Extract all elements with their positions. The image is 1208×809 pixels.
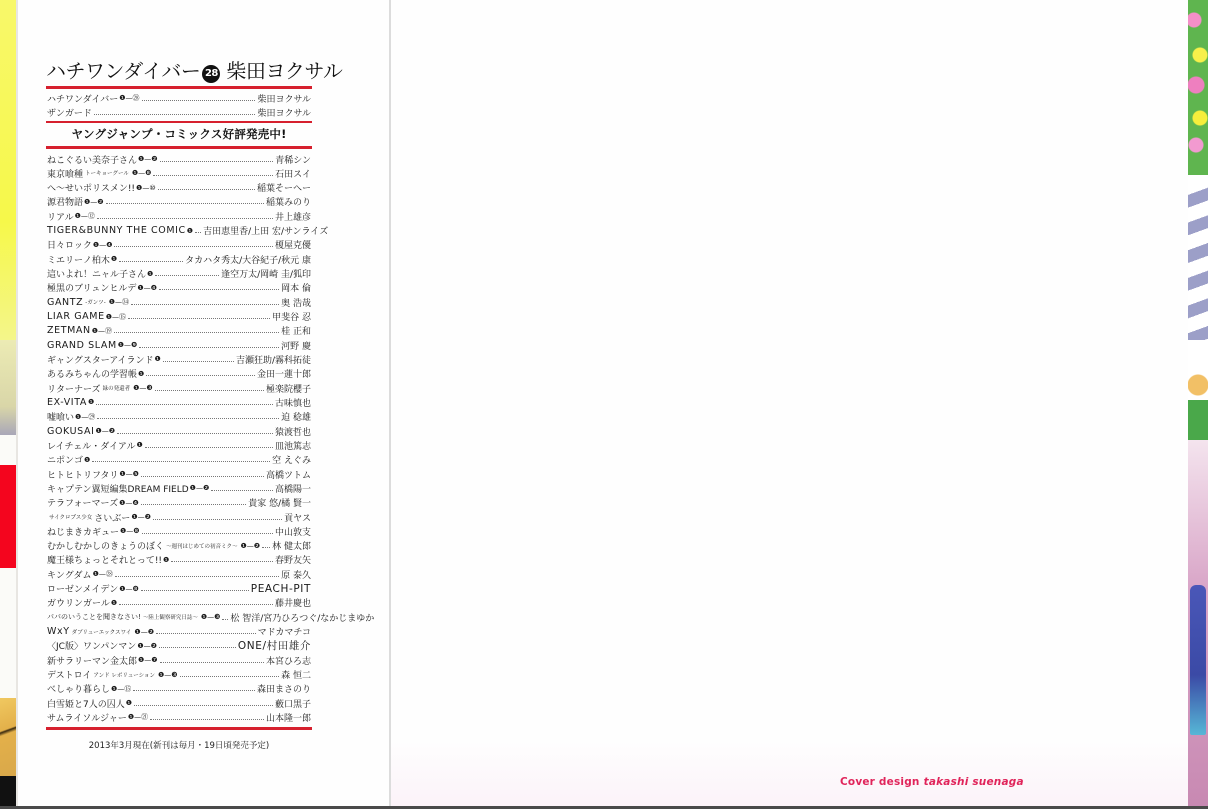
yellow-art-band <box>0 0 16 370</box>
leader-dots <box>141 504 247 505</box>
leader-dots <box>128 318 270 319</box>
work-author: 極楽院櫻子 <box>266 382 311 395</box>
volume-range: ❶—❽ <box>119 585 139 593</box>
volume-range: ❶ <box>88 398 94 406</box>
work-title: ねこぐるい美奈子さん <box>47 153 137 166</box>
credit-label: Cover design <box>840 776 920 788</box>
catalog-row: リアル❶—⑫井上雄彦 <box>47 209 311 223</box>
catalog-row: ミエリーノ柏木❶タカハタ秀太/大谷紀子/秋元 康 <box>47 252 311 266</box>
leader-dots <box>97 418 279 419</box>
work-author: 桂 正和 <box>281 324 311 337</box>
leader-dots <box>159 647 236 648</box>
leader-dots <box>139 347 279 348</box>
catalog-row: べしゃり暮らし❶—⑮森田まさのり <box>47 682 311 696</box>
same-author-row: ハチワンダイバー ❶—㉘ 柴田ヨクサル <box>47 91 311 105</box>
catalog-row: ローゼンメイデン❶—❽PEACH-PIT <box>47 582 311 596</box>
catalog-row: 嘘喰い❶—㉙迫 稔雄 <box>47 410 311 424</box>
volume-range: ❶—❷ <box>137 642 157 650</box>
leader-dots <box>153 519 282 520</box>
work-author: 甲斐谷 忍 <box>272 310 311 323</box>
dark-art-band <box>0 776 16 809</box>
catalog-row: キャプテン翼短編集DREAM FIELD❶—❷高橋陽一 <box>47 481 311 495</box>
leader-dots <box>262 547 270 548</box>
red-art-band <box>0 465 16 568</box>
catalog-row: ねじまきカギュー❶—❽中山敦支 <box>47 524 311 538</box>
leader-dots <box>158 189 255 190</box>
leader-dots <box>142 533 273 534</box>
work-author: 林 健太郎 <box>272 539 311 552</box>
work-author: 井上雄彦 <box>275 210 311 223</box>
leader-dots <box>195 232 201 233</box>
volume-range: ❶—❷ <box>84 198 104 206</box>
catalog-row: へ～せいポリスメン!!❶—⑩稲葉そーへー <box>47 181 311 195</box>
work-author: 貴家 悠/橘 賢一 <box>248 496 311 509</box>
volume-range: ❶—❹ <box>119 499 139 507</box>
work-author: 山本隆一郎 <box>266 711 311 724</box>
edge-gap <box>0 435 16 465</box>
work-author: 吉瀬狂助/霧科拓徒 <box>236 353 311 366</box>
volume-range: ❶ <box>111 255 117 263</box>
catalog-row: GRAND SLAM❶—❾河野 慶 <box>47 338 311 352</box>
title-author: 柴田ヨクサル <box>226 59 342 83</box>
work-title: キャプテン翼短編集DREAM FIELD <box>47 482 189 495</box>
work-title: WxY <box>47 626 70 637</box>
work-title: むかしむかしのきょうのぼく <box>47 539 164 552</box>
work-author: 岡本 倫 <box>281 281 311 294</box>
leader-dots <box>142 100 256 101</box>
work-author: 森 恒二 <box>281 668 311 681</box>
leader-dots <box>131 304 279 305</box>
catalog-row: 白雪姫と7人の囚人❶藪口黒子 <box>47 696 311 710</box>
leader-dots <box>153 175 273 176</box>
volume-range: ❶—⑮ <box>111 684 131 694</box>
volume-range: ❶—❷ <box>190 484 210 492</box>
work-title: GOKUSAI <box>47 426 94 437</box>
volume-range: ❶—㉙ <box>75 412 95 422</box>
work-title: へ～せいポリスメン!! <box>47 181 135 194</box>
work-title: 東京喰種 <box>47 167 83 180</box>
work-title: 極黒のブリュンヒルデ <box>47 281 136 294</box>
rose-illustration <box>1188 365 1208 405</box>
work-author: 奥 浩哉 <box>281 296 311 309</box>
cover-design-credit: Cover designtakashi suenaga <box>840 776 1024 788</box>
work-title: ローゼンメイデン <box>47 582 118 595</box>
work-title: 這いよれ！ニャル子さん <box>47 267 146 280</box>
leader-dots <box>97 218 273 219</box>
volume-range: ❶—❽ <box>120 527 140 535</box>
leader-dots <box>211 490 273 491</box>
work-author: 高橋陽一 <box>275 482 311 495</box>
catalog-row: 日々ロック❶—❹榎屋克優 <box>47 238 311 252</box>
work-title: さいぶー <box>94 511 130 524</box>
leader-dots <box>155 275 219 276</box>
volume-range: ❶—❷ <box>134 628 154 636</box>
leader-dots <box>156 633 256 634</box>
credit-name: takashi suenaga <box>924 776 1024 788</box>
leader-dots <box>160 662 264 663</box>
leader-dots <box>222 619 228 620</box>
leader-dots <box>141 476 264 477</box>
work-title: GANTZ <box>47 297 83 308</box>
leader-dots <box>145 447 273 448</box>
title-subtitle: 緑の発還者 <box>103 384 131 392</box>
title-subtitle: 〜週刊はじめての初音ミク〜 <box>166 542 238 550</box>
volume-range: ❶—❸ <box>133 384 153 392</box>
work-author: 松 智洋/宮乃ひろつぐ/なかじまゆか <box>230 611 374 624</box>
right-cover-edge-art <box>1188 0 1208 806</box>
catalog-row: デストロイアンド レボリューション❶—❸森 恒二 <box>47 668 311 682</box>
catalog-row: ガウリンガール❶藤井慶也 <box>47 596 311 610</box>
work-title: ギャングスターアイランド <box>47 353 153 366</box>
green-art-band <box>1188 400 1208 440</box>
leader-dots <box>119 604 273 605</box>
catalog-row: 魔王様ちょっとそれとって!!❶春野友矢 <box>47 553 311 567</box>
work-author: 榎屋克優 <box>275 238 311 251</box>
volume-range: ❶—❸ <box>201 613 221 621</box>
work-author: 稲葉みのり <box>266 195 311 208</box>
catalog-row: ヒトヒトリフタリ❶—❺高橋ツトム <box>47 467 311 481</box>
work-title: ガウリンガール <box>47 596 110 609</box>
volume-range: ❶—⑫ <box>75 211 95 221</box>
catalog-row: 這いよれ！ニャル子さん❶逢空万太/岡崎 圭/狐印 <box>47 267 311 281</box>
work-author: 原 泰久 <box>281 568 311 581</box>
work-author: 中山敦支 <box>275 525 311 538</box>
volume-range: ❶—❹ <box>93 241 113 249</box>
work-author: ONE/村田雄介 <box>238 638 311 653</box>
leader-dots <box>114 332 279 333</box>
work-author: 吉田恵里香/上田 宏/サンライズ <box>203 224 328 237</box>
leader-dots <box>106 203 264 204</box>
leader-dots <box>163 361 234 362</box>
work-title: 新サラリーマン金太郎 <box>47 654 137 667</box>
section-rule <box>46 146 312 149</box>
volume-range: ❶—⑩ <box>136 184 156 192</box>
title-text: ハチワンダイバー <box>46 59 200 83</box>
work-author: 春野友矢 <box>275 553 311 566</box>
work-title: 白雪姫と7人の囚人 <box>47 697 125 710</box>
work-author: 石田スイ <box>275 167 311 180</box>
work-title: ハチワンダイバー <box>47 92 118 105</box>
catalog-row: リターナーズ緑の発還者❶—❸極楽院櫻子 <box>47 381 311 395</box>
work-title: LIAR GAME <box>47 311 105 322</box>
leader-dots <box>96 404 273 405</box>
volume-range: ❶—❺ <box>119 470 139 478</box>
work-author: タカハタ秀太/大谷紀子/秋元 康 <box>185 253 311 266</box>
catalog-row: レイチェル・ダイアル❶皿池篤志 <box>47 438 311 452</box>
leader-dots <box>114 246 273 247</box>
leader-dots <box>133 690 255 691</box>
title-subtitle: トーキョーグール <box>85 169 129 177</box>
catalog-row: TIGER&BUNNY THE COMIC❶吉田恵里香/上田 宏/サンライズ <box>47 224 311 238</box>
volume-range: ❶—❾ <box>118 341 138 349</box>
work-title: サムライソルジャー <box>47 711 127 724</box>
work-author: 青稀シン <box>275 153 311 166</box>
volume-range: ❶ <box>147 270 153 278</box>
work-title: パパのいうことを聞きなさい! <box>47 612 141 622</box>
work-title: あるみちゃんの学習帳 <box>47 367 137 380</box>
leader-dots <box>115 576 279 577</box>
page-tint <box>391 740 1188 806</box>
work-title: 〈JC版〉ワンパンマン <box>47 639 136 652</box>
title-prefix: サイクロプス少女 <box>49 513 92 521</box>
same-author-row: ザンガード 柴田ヨクサル <box>47 105 311 119</box>
work-title: ZETMAN <box>47 325 91 336</box>
catalog-footnote: 2013年3月現在(新刊は毎月・19日頃発売予定) <box>46 739 312 751</box>
work-title: デストロイ <box>47 668 91 681</box>
work-title: ミエリーノ柏木 <box>47 253 110 266</box>
work-author: マドカマチコ <box>258 625 311 638</box>
volume-badge: 28 <box>202 65 220 83</box>
work-author: 高橋ツトム <box>266 468 311 481</box>
catalog-row: 新サラリーマン金太郎❶—❼本宮ひろ志 <box>47 653 311 667</box>
catalog-row: GOKUSAI❶—❷猿渡哲也 <box>47 424 311 438</box>
leader-dots <box>171 561 273 562</box>
catalog-row: 極黒のブリュンヒルデ❶—❹岡本 倫 <box>47 281 311 295</box>
volume-range: ❶—❼ <box>138 656 158 664</box>
catalog-row: ニポンゴ❶空 えぐみ <box>47 453 311 467</box>
volume-range: ❶ <box>154 355 160 363</box>
catalog-row: パパのいうことを聞きなさい!〜陸上観察研究日誌〜❶—❸松 智洋/宮乃ひろつぐ/な… <box>47 610 311 624</box>
work-author: 迫 稔雄 <box>281 410 311 423</box>
blue-brush-art <box>1188 180 1208 340</box>
work-title: ニポンゴ <box>47 453 83 466</box>
catalog-row: EX-VITA❶古味慎也 <box>47 395 311 409</box>
leader-dots <box>180 676 280 677</box>
leader-dots <box>119 261 183 262</box>
work-author: 猿渡哲也 <box>275 425 311 438</box>
work-title: ヒトヒトリフタリ <box>47 468 118 481</box>
work-title: テラフォーマーズ <box>47 496 118 509</box>
work-author: 藤井慶也 <box>275 596 311 609</box>
blank-right-page <box>391 0 1188 806</box>
title-subtitle: ダブリューエックスワイ <box>72 628 132 636</box>
volume-range: ❶ <box>126 699 132 707</box>
left-cover-edge-art <box>0 0 16 809</box>
series-heading: ヤングジャンプ・コミックス好評発売中! <box>46 126 312 142</box>
work-title: 源君物語 <box>47 195 83 208</box>
work-title: ねじまきカギュー <box>47 525 119 538</box>
volume-range: ❶ <box>138 370 144 378</box>
work-author: 本宮ひろ志 <box>266 654 311 667</box>
volume-range: ❶ <box>84 456 90 464</box>
work-author: 皿池篤志 <box>275 439 311 452</box>
volume-range: ❶—❷ <box>241 542 261 550</box>
title-subtitle: -ガンツ- <box>85 298 105 306</box>
catalog-row: 源君物語❶—❷稲葉みのり <box>47 195 311 209</box>
title-rule <box>46 86 312 89</box>
work-title: 日々ロック <box>47 238 92 251</box>
volume-range: ❶—❷ <box>95 427 115 435</box>
volume-range: ❶—❷ <box>138 155 158 163</box>
volume-range: ❶—❷ <box>131 513 151 521</box>
volume-range: ❶ <box>136 441 142 449</box>
catalog-row: WxYダブリューエックスワイ❶—❷マドカマチコ <box>47 625 311 639</box>
work-title: ザンガード <box>47 106 92 119</box>
work-title: べしゃり暮らし <box>47 682 110 695</box>
leader-dots <box>134 705 273 706</box>
catalog-row: あるみちゃんの学習帳❶金田一蓮十郎 <box>47 367 311 381</box>
work-author: 空 えぐみ <box>272 453 311 466</box>
leader-dots <box>146 375 255 376</box>
work-title: キングダム <box>47 568 92 581</box>
catalog-end-rule <box>46 727 312 730</box>
leader-dots <box>155 390 264 391</box>
leader-dots <box>92 461 270 462</box>
catalog-row: テラフォーマーズ❶—❹貴家 悠/橘 賢一 <box>47 496 311 510</box>
volume-range: ❶ <box>187 227 193 235</box>
volume-range: ❶—㉘ <box>119 93 139 103</box>
catalog-row: キングダム❶—㉘原 泰久 <box>47 567 311 581</box>
volume-range: ❶—㉘ <box>93 569 113 579</box>
gold-art-band <box>0 698 16 776</box>
catalog-row: ねこぐるい美奈子さん❶—❷青稀シン <box>47 152 311 166</box>
leader-dots <box>94 114 256 115</box>
catalog-row: サイクロプス少女さいぶー❶—❷貢ヤス <box>47 510 311 524</box>
leader-dots <box>117 433 273 434</box>
catalog-row: ZETMAN❶—⑲桂 正和 <box>47 324 311 338</box>
work-author: 古味慎也 <box>275 396 311 409</box>
volume-range: ❶ <box>163 556 169 564</box>
catalog-row: ギャングスターアイランド❶吉瀬狂助/霧科拓徒 <box>47 352 311 366</box>
character-figure-art <box>1190 585 1206 735</box>
work-author: 逢空万太/岡崎 圭/狐印 <box>221 267 311 280</box>
work-title: EX-VITA <box>47 397 87 408</box>
volume-range: ❶—❽ <box>132 169 152 177</box>
title-subtitle: アンド レボリューション <box>93 671 155 679</box>
work-title: リターナーズ <box>47 382 101 395</box>
volume-range: ❶—⑲ <box>92 326 112 336</box>
leader-dots <box>159 289 279 290</box>
leader-dots <box>141 590 249 591</box>
leader-dots <box>150 719 264 720</box>
work-author: 稲葉そーへー <box>257 181 311 194</box>
work-title: リアル <box>47 210 74 223</box>
work-author: 森田まさのり <box>257 682 311 695</box>
work-author: 柴田ヨクサル <box>257 106 311 119</box>
volume-range: ❶—㉑ <box>128 712 148 722</box>
work-author: 貢ヤス <box>284 511 311 524</box>
work-title: TIGER&BUNNY THE COMIC <box>47 225 186 236</box>
section-rule <box>46 121 312 123</box>
work-author: 河野 慶 <box>281 339 311 352</box>
work-title: GRAND SLAM <box>47 340 117 351</box>
sketch-art-band <box>0 340 16 435</box>
leader-dots <box>160 161 274 162</box>
volume-range: ❶—㉞ <box>109 297 129 307</box>
edge-gap <box>0 568 16 698</box>
title-subtitle: 〜陸上観察研究日誌〜 <box>143 613 198 621</box>
volume-range: ❶—❹ <box>137 284 157 292</box>
work-title: レイチェル・ダイアル <box>47 439 135 452</box>
book-title: ハチワンダイバー28柴田ヨクサル <box>46 55 314 84</box>
catalog-row: LIAR GAME❶—⑮甲斐谷 忍 <box>47 310 311 324</box>
work-title: 魔王様ちょっとそれとって!! <box>47 553 162 566</box>
work-author: 柴田ヨクサル <box>257 92 311 105</box>
catalog-row: 〈JC版〉ワンパンマン❶—❷ONE/村田雄介 <box>47 639 311 653</box>
catalog-row: 東京喰種トーキョーグール❶—❽石田スイ <box>47 166 311 180</box>
catalog-row: GANTZ-ガンツ-❶—㉞奥 浩哉 <box>47 295 311 309</box>
catalog-row: むかしむかしのきょうのぼく〜週刊はじめての初音ミク〜❶—❷林 健太郎 <box>47 539 311 553</box>
volume-range: ❶—❸ <box>158 671 178 679</box>
work-author: PEACH-PIT <box>251 583 311 595</box>
catalog-row: サムライソルジャー❶—㉑山本隆一郎 <box>47 710 311 724</box>
work-title: 嘘喰い <box>47 410 74 423</box>
work-author: 金田一蓮十郎 <box>257 367 311 380</box>
volume-range: ❶ <box>111 599 117 607</box>
rose-illustration <box>1188 0 1208 175</box>
volume-range: ❶—⑮ <box>106 312 126 322</box>
work-author: 藪口黒子 <box>275 697 311 710</box>
